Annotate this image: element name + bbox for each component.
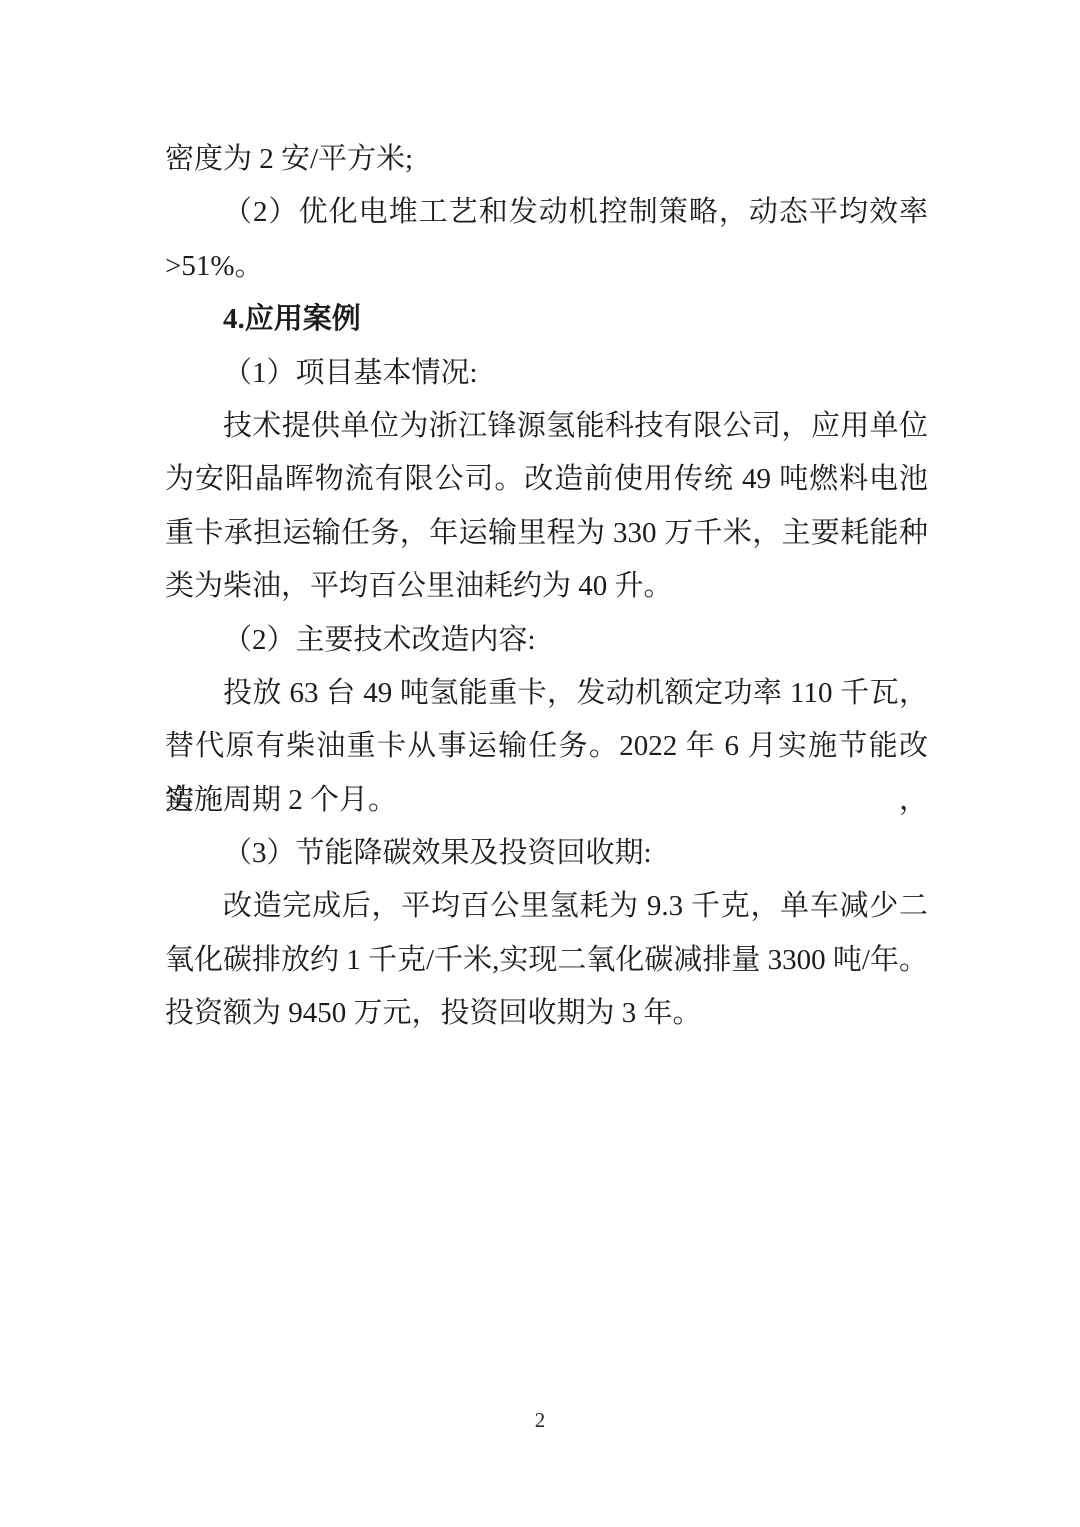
document-line: 技术提供单位为浙江锋源氢能科技有限公司，应用单位 [165,400,928,453]
document-line: 类为柴油，平均百公里油耗约为 40 升。 [165,560,928,613]
document-line: 投资额为 9450 万元，投资回收期为 3 年。 [165,987,928,1040]
document-line: 重卡承担运输任务，年运输里程为 330 万千米，主要耗能种 [165,507,928,560]
document-body-text: 密度为 2 安/平方米; （2）优化电堆工艺和发动机控制策略，动态平均效率 >5… [165,133,928,1041]
document-line: 氧化碳排放约 1 千克/千米,实现二氧化碳减排量 3300 吨/年。 [165,934,928,987]
document-line: 为安阳晶晖物流有限公司。改造前使用传统 49 吨燃料电池 [165,453,928,506]
section-heading: 4.应用案例 [165,293,928,346]
page-number: 2 [0,1400,1080,1440]
document-page: 密度为 2 安/平方米; （2）优化电堆工艺和发动机控制策略，动态平均效率 >5… [0,0,1080,1527]
document-line: （3）节能降碳效果及投资回收期: [165,827,928,880]
document-line: 替代原有柴油重卡从事运输任务。2022 年 6 月实施节能改造， [165,720,928,773]
document-line: >51%。 [165,240,928,293]
document-line: 投放 63 台 49 吨氢能重卡，发动机额定功率 110 千瓦， [165,667,928,720]
document-line: 密度为 2 安/平方米; [165,133,928,186]
document-line: （2）主要技术改造内容: [165,614,928,667]
document-line: 改造完成后，平均百公里氢耗为 9.3 千克，单车减少二 [165,880,928,933]
document-line: （1）项目基本情况: [165,347,928,400]
document-line: （2）优化电堆工艺和发动机控制策略，动态平均效率 [165,186,928,239]
